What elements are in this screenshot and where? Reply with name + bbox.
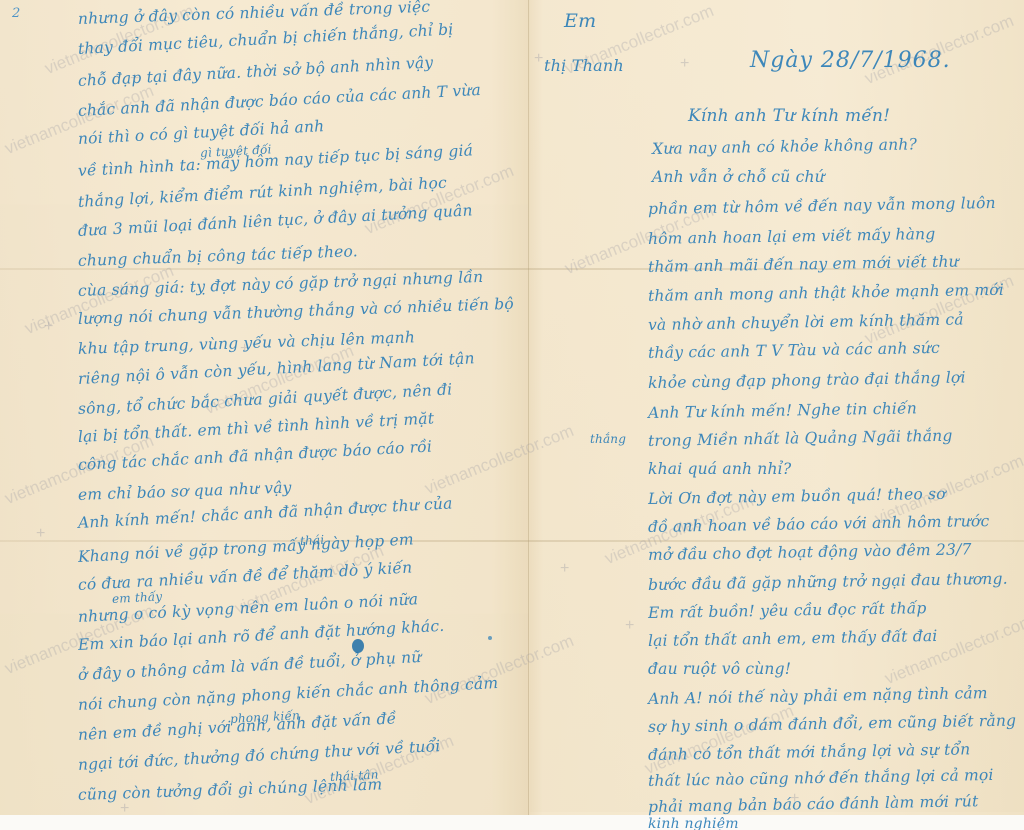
interlinear-note: em thấy (112, 589, 163, 606)
letter-line: Anh vẫn ở chỗ cũ chứ (652, 168, 825, 186)
sender-line-1: Em (564, 10, 596, 32)
watermark-plus: + (680, 55, 689, 73)
letter-line: khai quá anh nhỉ? (648, 460, 791, 478)
page-number: 2 (12, 6, 20, 21)
letter-line: đau ruột vô cùng! (648, 660, 791, 678)
interlinear-note: thái tân (330, 767, 379, 784)
interlinear-note: thái (300, 533, 325, 548)
ink-blot (352, 639, 364, 653)
watermark-plus: + (534, 50, 543, 68)
watermark-plus: + (560, 560, 569, 578)
margin-note: thắng (590, 432, 626, 446)
letter-line: kinh nghiệm (648, 816, 739, 830)
watermark-plus: + (36, 525, 45, 543)
sender-line-2: thị Thanh (544, 56, 624, 75)
watermark-plus: + (44, 318, 53, 336)
letter-date: Ngày 28/7/1968. (750, 48, 951, 73)
scan-margin (0, 815, 1024, 830)
salutation: Kính anh Tư kính mến! (688, 106, 890, 126)
ink-dot (488, 636, 492, 640)
watermark-plus: + (120, 800, 129, 818)
watermark-plus: + (625, 617, 634, 635)
